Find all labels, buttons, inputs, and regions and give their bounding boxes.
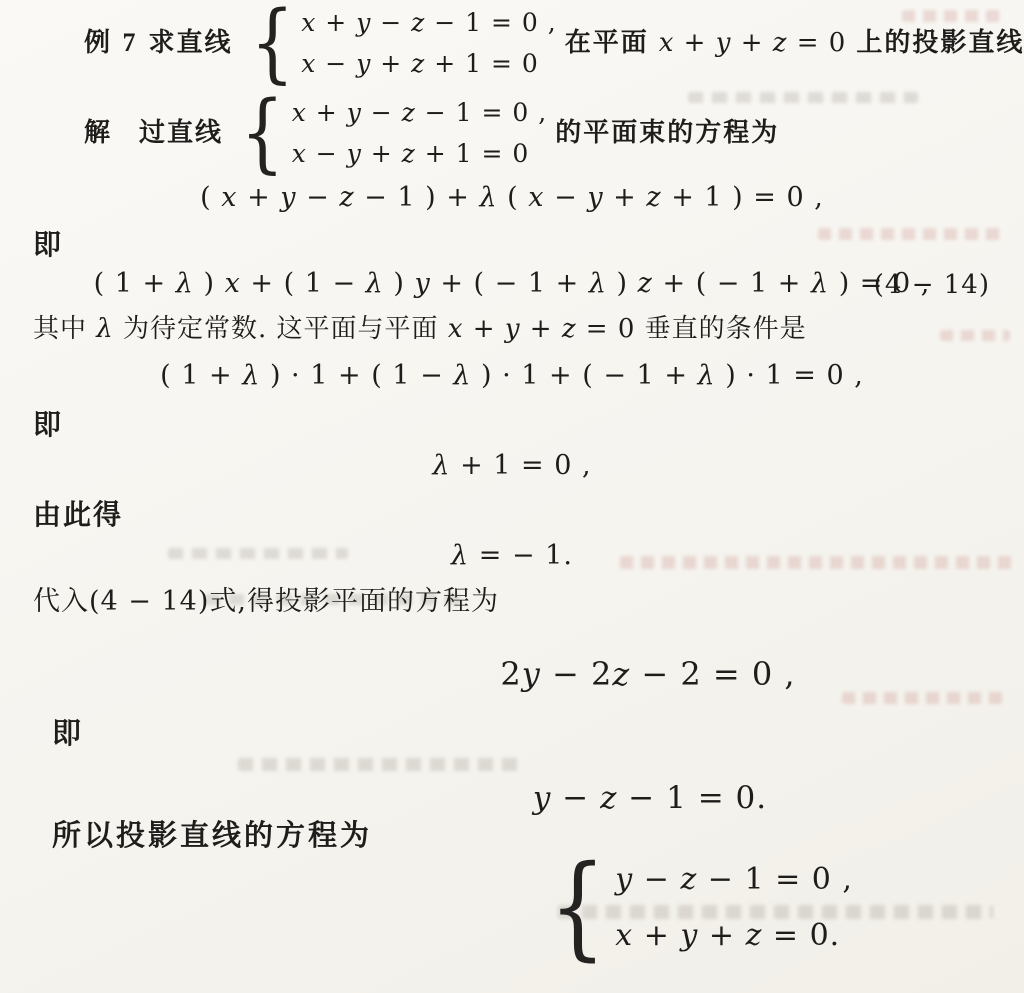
solution-tail-text: 的平面束的方程为 bbox=[555, 117, 779, 150]
equation-number-tag: (4 − 14) bbox=[874, 270, 990, 300]
bleedthrough-mark bbox=[238, 758, 518, 771]
problem-statement: 例 7 求直线 { x + y − z − 1 = 0 , x − y + z … bbox=[84, 0, 1024, 86]
bleedthrough-mark bbox=[818, 228, 1003, 240]
thus-word: 由此得 bbox=[33, 498, 123, 533]
example-label: 例 7 bbox=[84, 27, 139, 60]
problem-tail-text: 上的投影直线的方程. bbox=[856, 27, 1024, 60]
perpendicular-condition-equation: ( 1 + λ ) · 1 + ( 1 − λ ) · 1 + ( − 1 + … bbox=[0, 360, 1024, 391]
namely-word-1: 即 bbox=[33, 228, 63, 263]
given-line-system-repeat: { x + y − z − 1 = 0 , x − y + z + 1 = 0 bbox=[235, 97, 547, 170]
system-equation-2: x − y + z + 1 = 0 bbox=[292, 138, 547, 170]
bleedthrough-mark bbox=[940, 330, 1010, 341]
conclusion-paragraph: 所以投影直线的方程为 bbox=[52, 818, 372, 854]
final-equation-1: y − z − 1 = 0 , bbox=[615, 862, 853, 898]
pencil-equation: ( x + y − z − 1 ) + λ ( x − y + z + 1 ) … bbox=[0, 182, 1024, 213]
solution-opening: 解 过直线 { x + y − z − 1 = 0 , x − y + z + … bbox=[84, 90, 779, 176]
system-equation-1: x + y − z − 1 = 0 , bbox=[301, 7, 556, 39]
final-equation-2: x + y + z = 0. bbox=[615, 918, 853, 954]
problem-lead-text: 求直线 bbox=[149, 27, 233, 60]
textbook-page: 例 7 求直线 { x + y − z − 1 = 0 , x − y + z … bbox=[0, 0, 1024, 993]
lambda-value-equation: λ = − 1. bbox=[0, 540, 1024, 571]
namely-word-3: 即 bbox=[52, 716, 83, 752]
projection-plane-equation: y − z − 1 = 0. bbox=[138, 780, 1024, 816]
given-line-system: { x + y − z − 1 = 0 , x − y + z + 1 = 0 bbox=[245, 7, 557, 80]
expanded-equation: ( 1 + λ ) x + ( 1 − λ ) y + ( − 1 + λ ) … bbox=[0, 268, 1024, 299]
lambda-constant-paragraph: 其中 λ 为待定常数. 这平面与平面 x + y + z = 0 垂直的条件是 bbox=[33, 313, 807, 346]
projection-plane-raw-equation: 2y − 2z − 2 = 0 , bbox=[136, 655, 1024, 693]
left-brace-icon: { bbox=[549, 863, 606, 953]
system-equation-1: x + y − z − 1 = 0 , bbox=[292, 97, 547, 129]
problem-mid-text: 在平面 bbox=[565, 27, 649, 60]
final-answer-system: { y − z − 1 = 0 , x + y + z = 0. bbox=[540, 862, 861, 954]
solution-lead-text: 过直线 bbox=[139, 117, 223, 150]
system-equation-2: x − y + z + 1 = 0 bbox=[301, 48, 556, 80]
lambda-plus-one-equation: λ + 1 = 0 , bbox=[0, 450, 1024, 481]
left-brace-icon: { bbox=[241, 98, 285, 169]
bleedthrough-mark bbox=[842, 692, 1002, 704]
substitution-paragraph: 代入(4 − 14)式,得投影平面的方程为 bbox=[33, 585, 499, 619]
solution-label: 解 bbox=[84, 117, 113, 150]
namely-word-2: 即 bbox=[33, 408, 63, 443]
plane-equation: x + y + z = 0 bbox=[659, 28, 847, 58]
left-brace-icon: { bbox=[250, 8, 294, 79]
